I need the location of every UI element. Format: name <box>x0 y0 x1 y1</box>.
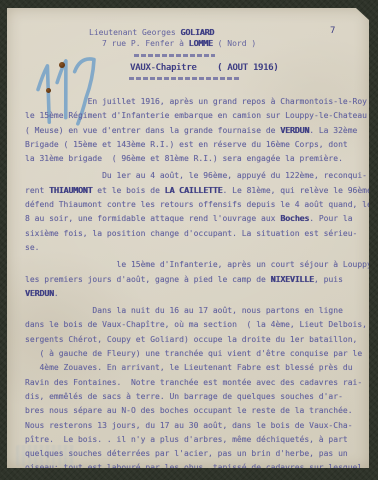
text-line: Brigade ( 15ème et 143ème R.I.) est en r… <box>25 138 377 152</box>
paragraph: le 15ème d'Infanterie, après un court sé… <box>25 258 377 301</box>
text-line: sergents Chérot, Coupy et Goliard) occup… <box>25 333 377 347</box>
text-line: oiseau; tout est labouré par les obus, t… <box>25 461 377 475</box>
text-line: 4ème Zouaves. En arrivant, le Lieutenant… <box>25 361 377 375</box>
page-number: 7 <box>330 26 335 36</box>
text-line: Nous resterons 13 jours, du 17 au 30 aoû… <box>25 419 377 433</box>
text-line: Du 1er au 4 août, le 96ème, appuyé du 12… <box>25 169 377 183</box>
paper-stain <box>59 62 65 68</box>
header-rule <box>134 54 215 57</box>
paper-stain <box>46 88 51 93</box>
text-line: bres nous sépare au N-O des boches occup… <box>25 404 377 418</box>
document-body: En juillet 1916, après un grand repos à … <box>25 95 377 476</box>
text-line: 8 au soir, une formidable attaque rend l… <box>25 212 377 226</box>
document-page: Lieutenant Georges GOLIARD 7 rue P. Fenf… <box>7 8 369 468</box>
text-line: dis, emmêlés de sacs à terre. Un barrage… <box>25 390 377 404</box>
text-line: le 15ème d'Infanterie, après un court sé… <box>25 258 377 272</box>
text-line: pître. Le bois. . il n'y a plus d'arbres… <box>25 433 377 447</box>
text-line: Ravin des Fontaines. Notre tranchée est … <box>25 376 377 390</box>
text-line: Dans la nuit du 16 au 17 août, nous part… <box>25 304 377 318</box>
author-address: 7 rue P. Fenfer à LOMME ( Nord ) <box>102 39 256 49</box>
title-rule <box>129 77 241 80</box>
text-line: ( Meuse) en vue d'entrer dans la grande … <box>25 124 377 138</box>
paragraph: Dans la nuit du 16 au 17 août, nous part… <box>25 304 377 476</box>
text-line: défend Thiaumont contre les retours offe… <box>25 198 377 212</box>
author-name: Lieutenant Georges GOLIARD <box>89 28 214 38</box>
text-line: ( à gauche de Fleury) une tranchée qui v… <box>25 347 377 361</box>
text-line: En juillet 1916, après un grand repos à … <box>25 95 377 109</box>
text-line: le 15ème Régiment d'Infanterie embarque … <box>25 109 377 123</box>
text-line: quelques souches déterrées par l'acier, … <box>25 447 377 461</box>
text-line: la 31ème brigade ( 96ème et 81ème R.I.) … <box>25 152 377 166</box>
text-line: sixième fois, la position change d'occup… <box>25 227 377 241</box>
paragraph: En juillet 1916, après un grand repos à … <box>25 95 377 166</box>
text-line: les premiers jours d'août, gagne à pied … <box>25 273 377 287</box>
text-line: VERDUN. <box>25 287 377 301</box>
text-line: se. <box>25 241 377 255</box>
page-title: VAUX-Chapitre ( AOUT 1916) <box>130 63 278 73</box>
text-line: rent THIAUMONT et le bois de LA CAILLETT… <box>25 184 377 198</box>
scan-background: Lieutenant Georges GOLIARD 7 rue P. Fenf… <box>0 0 378 480</box>
paragraph: Du 1er au 4 août, le 96ème, appuyé du 12… <box>25 169 377 255</box>
text-line: dans le bois de Vaux-Chapître, où ma sec… <box>25 318 377 332</box>
